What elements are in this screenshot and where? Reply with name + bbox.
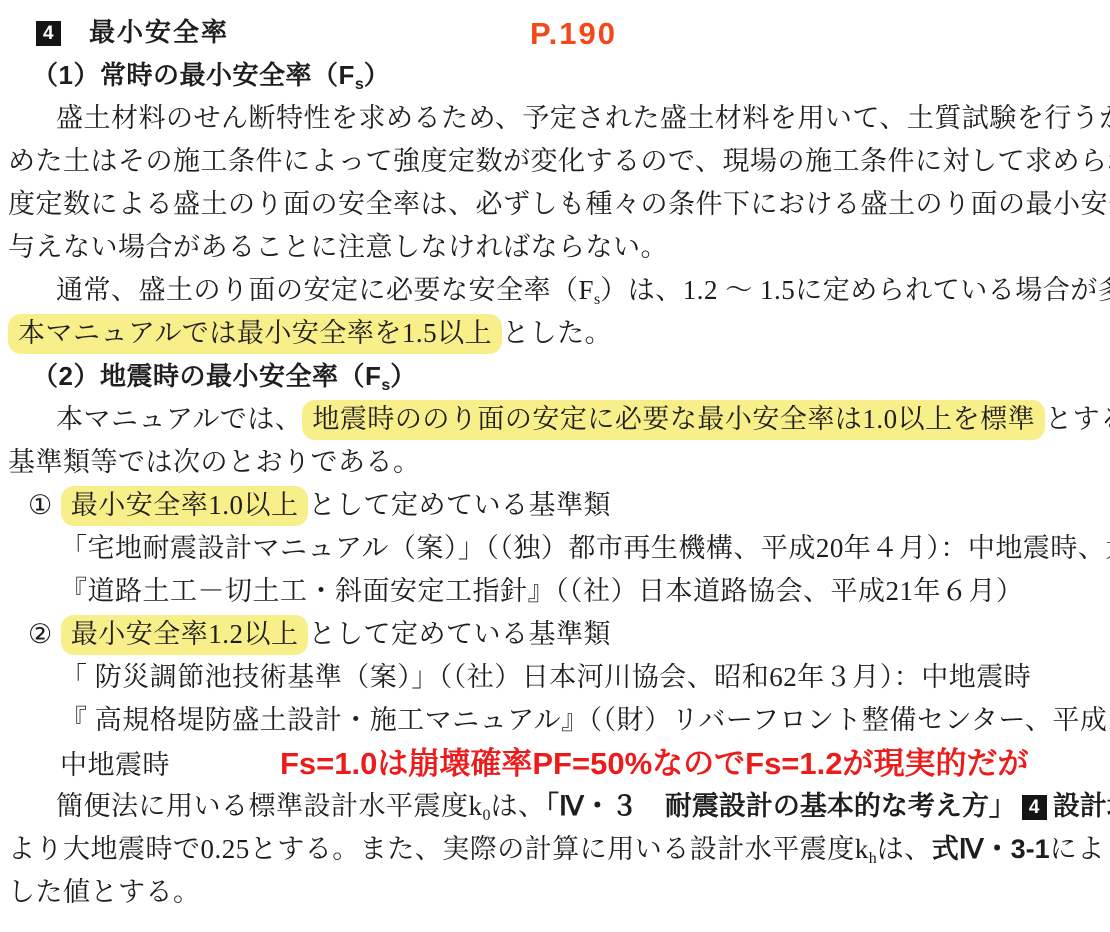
body-line: 与えない場合があることに注意しなければならない。 (4, 226, 1106, 269)
fs-subscript: s (355, 76, 364, 93)
bold-chapter-reference: 「Ⅳ・３ 耐震設計の基本的な考え方」 (546, 791, 1016, 821)
highlight-fs12: 最小安全率1.2以上 (61, 615, 309, 655)
list-item-2: ②最小安全率1.2以上として定めている基準類 (4, 613, 1106, 656)
reference-continuation-line: 中地震時Fs=1.0は崩壊確率PF=50%なのでFs=1.2が現実的だが (4, 742, 1106, 785)
section-number-box-inline: 4 (1022, 795, 1047, 820)
body-line: めた土はその施工条件によって強度定数が変化するので、現場の施工条件に対して求めら… (4, 140, 1106, 183)
reference-line: 『道路土工－切土工・斜面安定工指針』（（社）日本道路協会、平成21年６月） (4, 570, 1106, 613)
page-ref-annotation: P.190 (530, 16, 617, 52)
body-line-highlighted: 本マニュアルでは最小安全率を1.5以上とした。 (4, 312, 1106, 355)
section-1-heading: （1）常時の最小安全率（Fs） (4, 54, 1106, 97)
highlight-fs10-standard: 地震時ののり面の安定に必要な最小安全率は1.0以上を標準 (302, 400, 1045, 440)
body-line-highlighted: 本マニュアルでは、地震時ののり面の安定に必要な最小安全率は1.0以上を標準とする… (4, 398, 1106, 441)
body-line: 度定数による盛土のり面の安全率は、必ずしも種々の条件下における盛土のり面の最小安… (4, 183, 1106, 226)
list-marker-2: ② (28, 619, 53, 649)
body-line: 盛土材料のせん断特性を求めるため、予定された盛土材料を用いて、土質試験を行うが、… (4, 97, 1106, 140)
body-line: 簡便法に用いる標準設計水平震度k0は、「Ⅳ・３ 耐震設計の基本的な考え方」4設計… (4, 785, 1106, 828)
body-line: した値とする。 (4, 871, 1106, 914)
highlight-fs15: 本マニュアルでは最小安全率を1.5以上 (8, 314, 502, 354)
body-line: より大地震時で0.25とする。また、実際の計算に用いる設計水平震度khは、式Ⅳ・… (4, 828, 1106, 871)
section-2-heading: （2）地震時の最小安全率（Fs） (4, 355, 1106, 398)
document-page: P.190 4最小安全率 （1）常時の最小安全率（Fs） 盛土材料のせん断特性を… (0, 0, 1110, 932)
section-number-box: 4 (36, 21, 61, 46)
k0-subscript: 0 (483, 807, 491, 824)
reference-line: 『 高規格堤防盛土設計・施工マニュアル』（（財）リバーフロント整備センター、平成… (4, 699, 1106, 742)
handwritten-red-annotation: Fs=1.0は崩壊確率PF=50%なのでFs=1.2が現実的だが (280, 742, 1029, 785)
section-1-heading-text: （1）常時の最小安全率（F (32, 60, 355, 90)
list-marker-1: ① (28, 490, 53, 520)
highlight-fs10: 最小安全率1.0以上 (61, 486, 309, 526)
fs-subscript: s (381, 377, 390, 394)
section-2-heading-text: （2）地震時の最小安全率（F (32, 361, 381, 391)
main-heading-title: 最小安全率 (89, 17, 229, 47)
reference-line: 「宅地耐震設計マニュアル（案）」（（独）都市再生機構、平成20年４月）：中地震時… (4, 527, 1106, 570)
body-line: 通常、盛土のり面の安定に必要な安全率（Fs）は、1.2 ～ 1.5に定められてい… (4, 269, 1106, 312)
kh-subscript: h (869, 850, 877, 867)
list-item-1: ①最小安全率1.0以上として定めている基準類 (4, 484, 1106, 527)
reference-line: 「 防災調節池技術基準（案）」（（社）日本河川協会、昭和62年３月）：中地震時 (4, 656, 1106, 699)
body-line: 基準類等では次のとおりである。 (4, 441, 1106, 484)
bold-design-seismic-motion: 設計地震動 (1053, 791, 1110, 821)
bold-equation-reference: 式Ⅳ・3-1 (932, 834, 1050, 864)
